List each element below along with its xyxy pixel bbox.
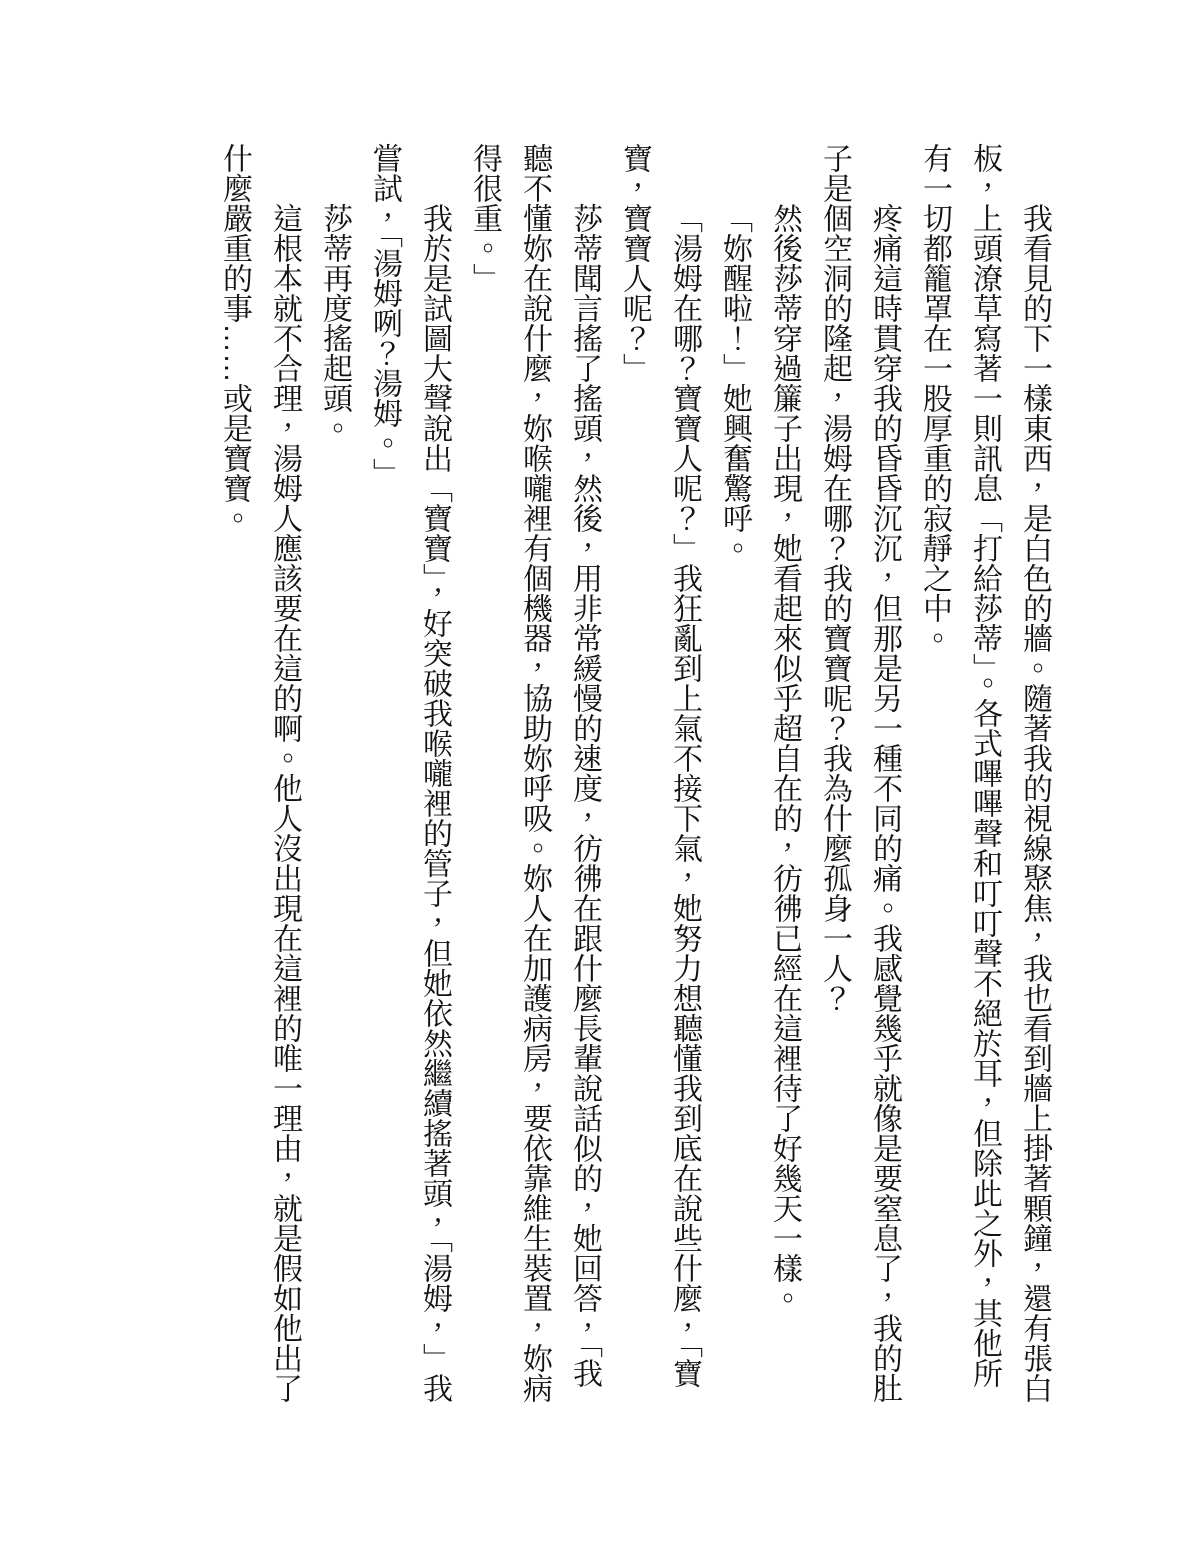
- paragraph: 疼痛這時貫穿我的昏昏沉沉，但那是另一種不同的痛。我感覺幾乎就像是要窒息了，我的肚…: [809, 143, 909, 1413]
- paragraph: 莎蒂再度搖起頭。: [309, 143, 359, 1413]
- paragraph: 然後莎蒂穿過簾子出現，她看起來似乎超自在的，彷彿已經在這裡待了好幾天一樣。: [759, 143, 809, 1413]
- book-page: 我看見的下一樣東西，是白色的牆。隨著我的視線聚焦，我也看到牆上掛著顆鐘，還有張白…: [0, 0, 1200, 1553]
- paragraph: 我於是試圖大聲說出「寶寶」，好突破我喉嚨裡的管子，但她依然繼續搖著頭，「湯姆，」…: [359, 143, 459, 1413]
- paragraph: 莎蒂聞言搖了搖頭，然後，用非常緩慢的速度，彷彿在跟什麼長輩說話似的，她回答，「我…: [459, 143, 609, 1413]
- paragraph: 這根本就不合理，湯姆人應該要在這的啊。他人沒出現在這裡的唯一理由，就是假如他出了…: [209, 143, 309, 1413]
- paragraph: 我看見的下一樣東西，是白色的牆。隨著我的視線聚焦，我也看到牆上掛著顆鐘，還有張白…: [909, 143, 1059, 1413]
- paragraph: 「湯姆在哪？寶寶人呢？」我狂亂到上氣不接下氣，她努力想聽懂我到底在說些什麼，「寶…: [609, 143, 709, 1413]
- text-block: 我看見的下一樣東西，是白色的牆。隨著我的視線聚焦，我也看到牆上掛著顆鐘，還有張白…: [209, 143, 1059, 1413]
- paragraph: 「妳醒啦！」她興奮驚呼。: [709, 143, 759, 1413]
